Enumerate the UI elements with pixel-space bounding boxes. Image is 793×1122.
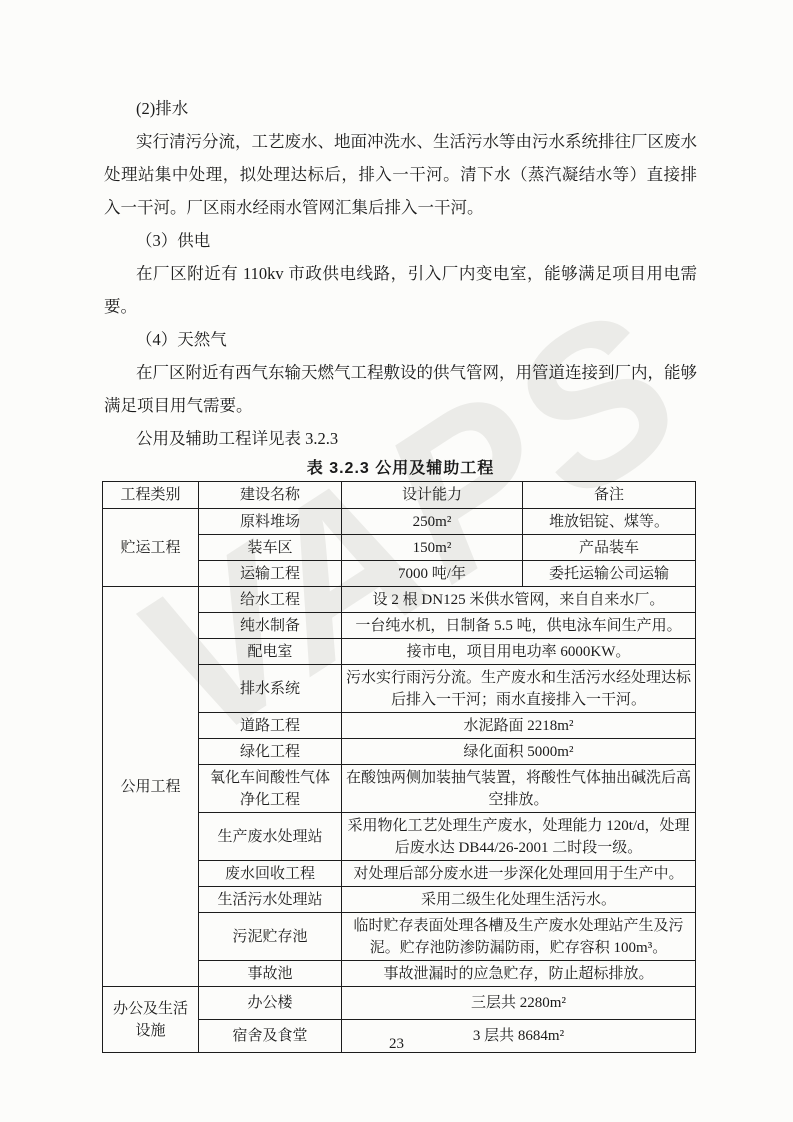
header-construction-name: 建设名称 [199,482,342,509]
cell-name: 给水工程 [199,587,342,613]
table-row: 公用工程 给水工程 设 2 根 DN125 米供水管网，来自自来水厂。 [103,587,696,613]
cell-detail: 污水实行雨污分流。生产废水和生活污水经处理达标后排入一干河；雨水直接排入一干河。 [342,665,696,713]
table-reference: 公用及辅助工程详见表 3.2.3 [104,422,697,455]
cell-name: 运输工程 [199,561,342,587]
page-number: 23 [0,1036,793,1053]
cell-name: 原料堆场 [199,509,342,535]
gas-heading: （4）天然气 [104,323,697,356]
drainage-heading: (2)排水 [104,92,697,125]
utilities-table: 工程类别 建设名称 设计能力 备注 贮运工程 原料堆场 250m² 堆放铝锭、煤… [102,481,696,1053]
header-remarks: 备注 [523,482,696,509]
cell-detail: 事故泄漏时的应急贮存，防止超标排放。 [342,961,696,987]
cell-name: 绿化工程 [199,739,342,765]
power-paragraph: 在厂区附近有 110kv 市政供电线路，引入厂内变电室，能够满足项目用电需要。 [104,257,697,323]
drainage-paragraph: 实行清污分流，工艺废水、地面冲洗水、生活污水等由污水系统排往厂区废水处理站集中处… [104,125,697,224]
document-page: VAPS (2)排水 实行清污分流，工艺废水、地面冲洗水、生活污水等由污水系统排… [0,0,793,1122]
power-heading: （3）供电 [104,224,697,257]
cell-name: 污泥贮存池 [199,913,342,961]
cell-name: 纯水制备 [199,613,342,639]
cell-note: 堆放铝锭、煤等。 [523,509,696,535]
cell-detail: 三层共 2280m² [342,987,696,1020]
table-row: 贮运工程 原料堆场 250m² 堆放铝锭、煤等。 [103,509,696,535]
gas-paragraph: 在厂区附近有西气东输天燃气工程敷设的供气管网，用管道连接到厂内，能够满足项目用气… [104,356,697,422]
cell-name: 道路工程 [199,713,342,739]
cell-detail: 采用二级生化处理生活污水。 [342,887,696,913]
cell-capacity: 150m² [342,535,523,561]
cell-name: 配电室 [199,639,342,665]
cell-name: 排水系统 [199,665,342,713]
cell-detail: 采用物化工艺处理生产废水，处理能力 120t/d，处理后废水达 DB44/26-… [342,813,696,861]
cell-name: 废水回收工程 [199,861,342,887]
cell-name: 装车区 [199,535,342,561]
group-cell-storage-transport: 贮运工程 [103,509,199,587]
cell-detail: 在酸蚀两侧加装抽气装置，将酸性气体抽出碱洗后高空排放。 [342,765,696,813]
cell-detail: 接市电，项目用电功率 6000KW。 [342,639,696,665]
table-header-row: 工程类别 建设名称 设计能力 备注 [103,482,696,509]
cell-name: 办公楼 [199,987,342,1020]
cell-detail: 一台纯水机，日制备 5.5 吨，供电泳车间生产用。 [342,613,696,639]
cell-capacity: 7000 吨/年 [342,561,523,587]
table-row: 办公及生活设施 办公楼 三层共 2280m² [103,987,696,1020]
cell-capacity: 250m² [342,509,523,535]
cell-name: 生活污水处理站 [199,887,342,913]
cell-name: 事故池 [199,961,342,987]
cell-detail: 对处理后部分废水进一步深化处理回用于生产中。 [342,861,696,887]
cell-detail: 绿化面积 5000m² [342,739,696,765]
cell-note: 产品装车 [523,535,696,561]
group-cell-public-works: 公用工程 [103,587,199,987]
cell-name: 生产废水处理站 [199,813,342,861]
cell-detail: 临时贮存表面处理各槽及生产废水处理站产生及污泥。贮存池防渗防漏防雨，贮存容积 1… [342,913,696,961]
page-content: (2)排水 实行清污分流，工艺废水、地面冲洗水、生活污水等由污水系统排往厂区废水… [104,92,697,1053]
cell-note: 委托运输公司运输 [523,561,696,587]
table-caption: 表 3.2.3 公用及辅助工程 [104,458,697,480]
header-project-category: 工程类别 [103,482,199,509]
cell-detail: 水泥路面 2218m² [342,713,696,739]
header-design-capacity: 设计能力 [342,482,523,509]
cell-name: 氧化车间酸性气体净化工程 [199,765,342,813]
cell-detail: 设 2 根 DN125 米供水管网，来自自来水厂。 [342,587,696,613]
